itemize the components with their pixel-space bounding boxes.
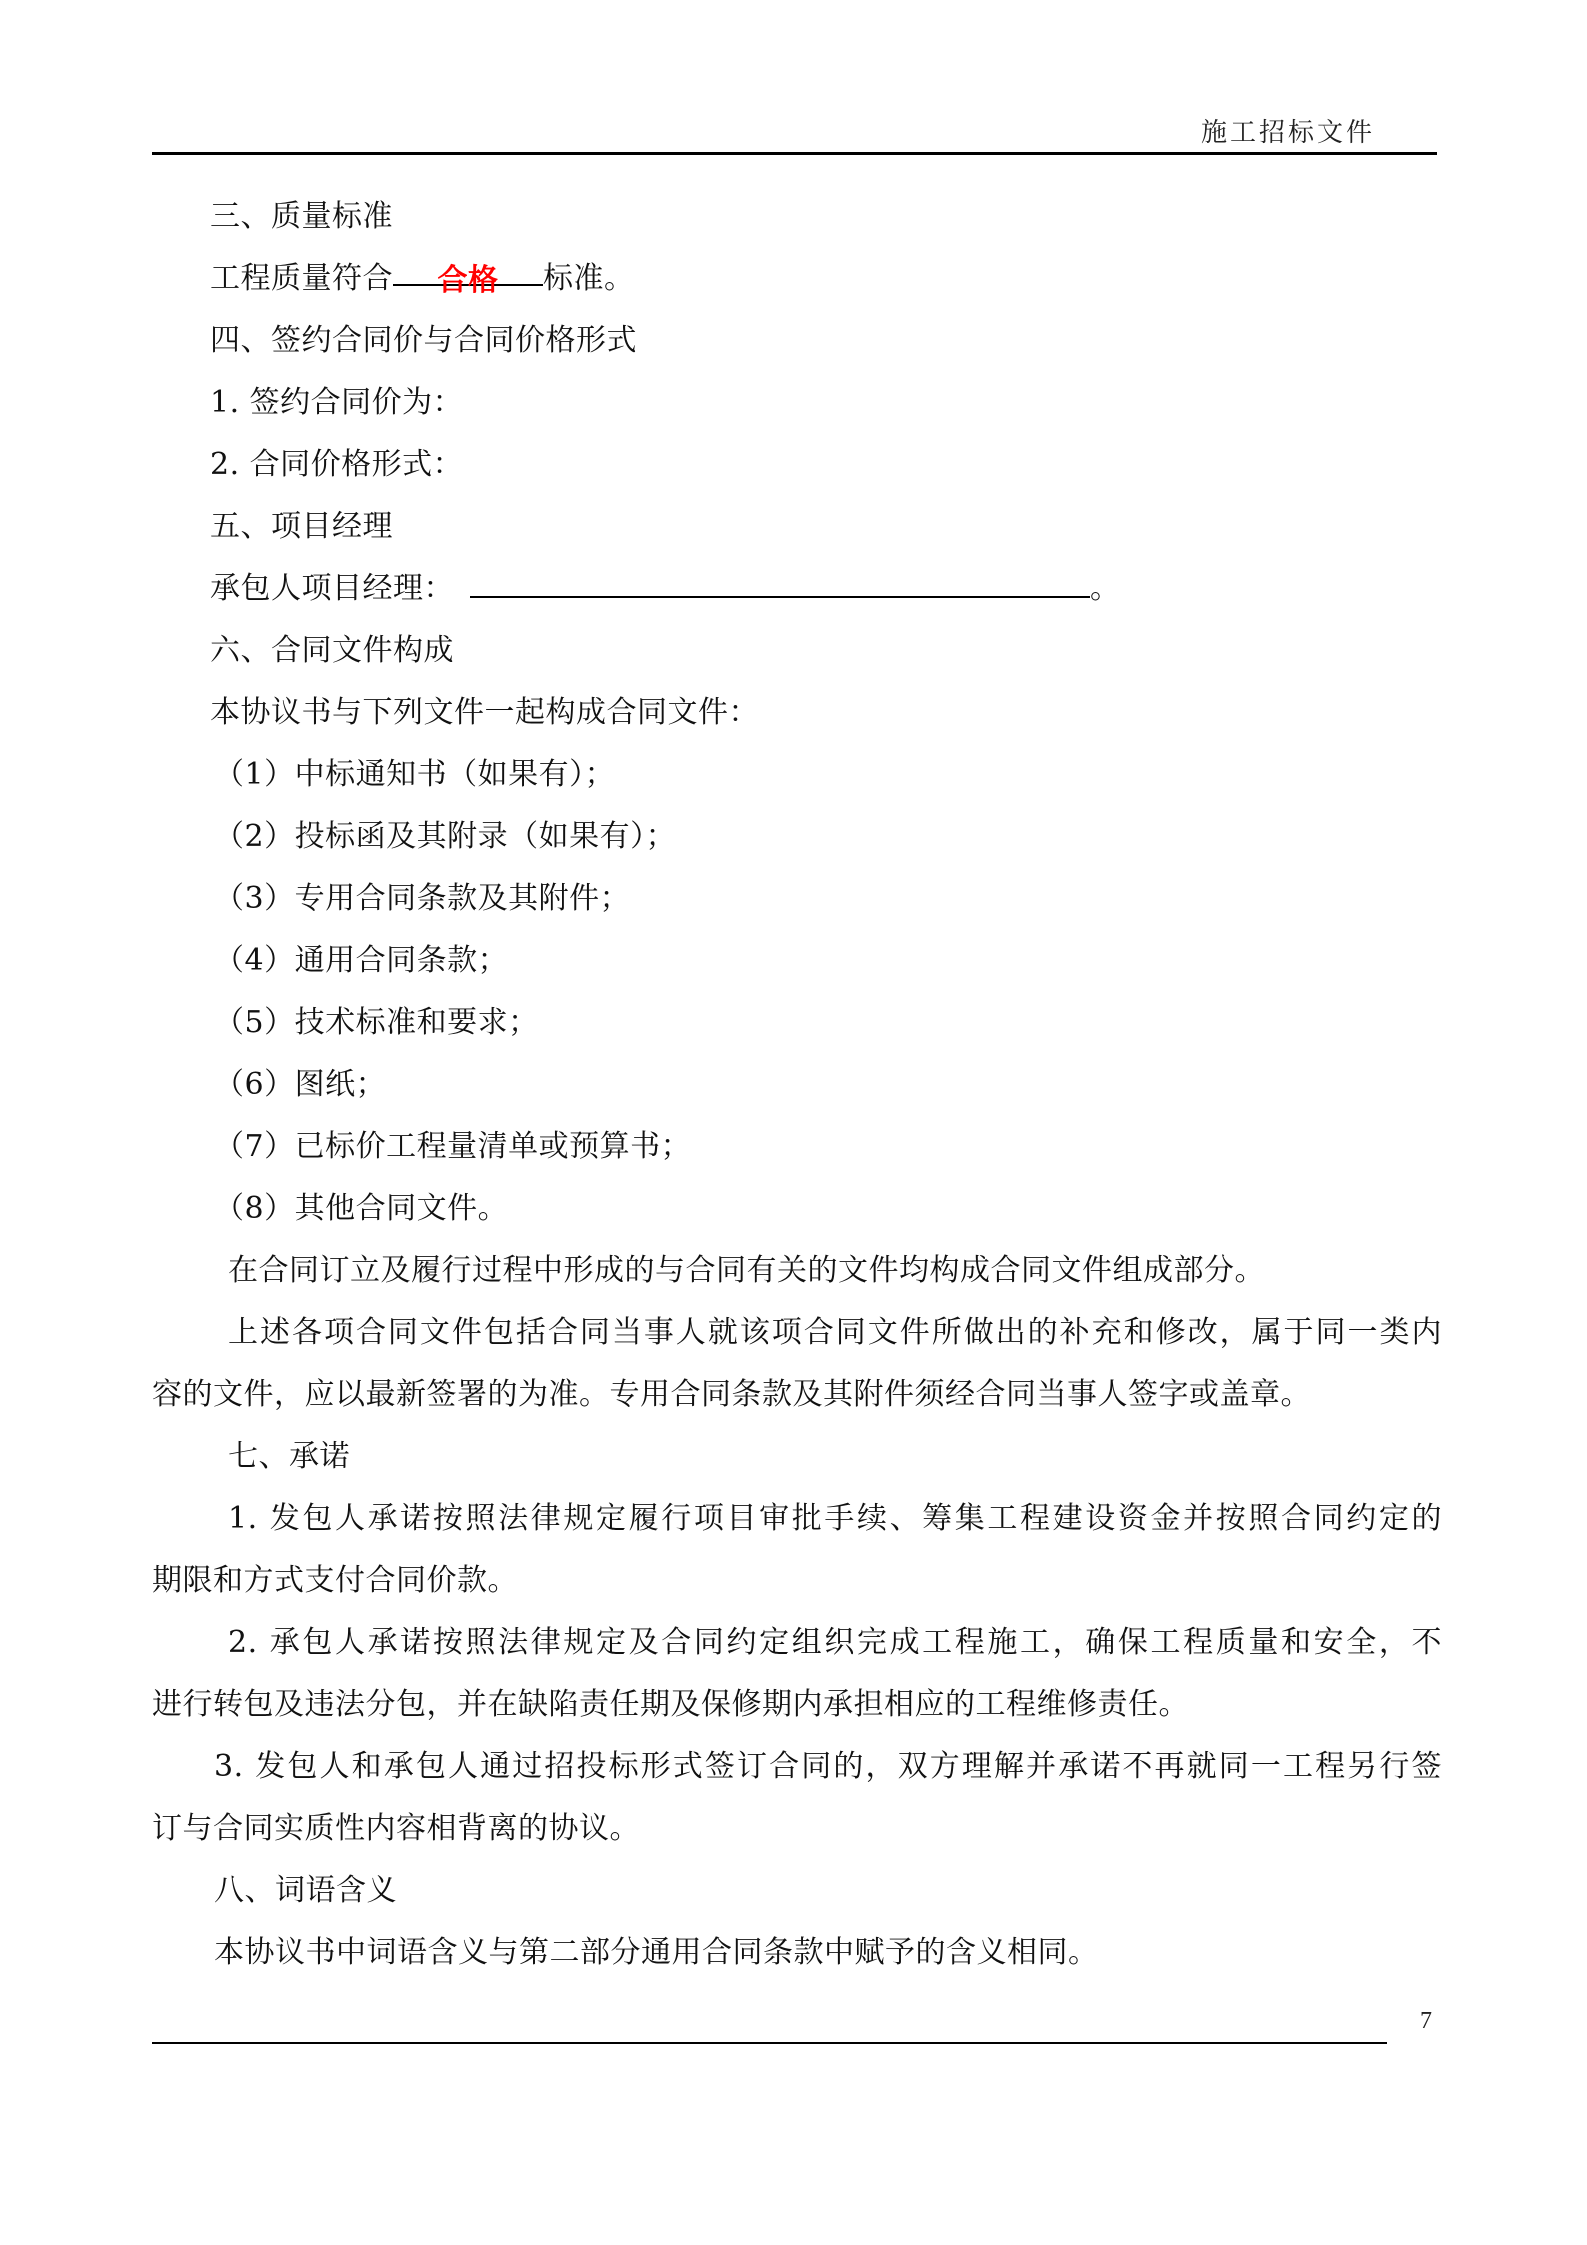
commitment-2-line-1: 2. 承包人承诺按照法律规定及合同约定组织完成工程施工，确保工程质量和安全，不 [152,1612,1442,1674]
quality-standard-line: 工程质量符合合格标准。 [152,248,1442,310]
commitment-1-line-2: 期限和方式支付合同价款。 [152,1550,1442,1612]
commitment-3-line-1: 3. 发包人和承包人通过招投标形式签订合同的，双方理解并承诺不再就同一工程另行签 [152,1736,1442,1798]
quality-text-before: 工程质量符合 [210,261,393,296]
project-manager-field[interactable] [470,566,1090,598]
contract-doc-item: （2）投标函及其附录（如果有）； [152,806,1442,868]
contract-doc-item: （4）通用合同条款； [152,930,1442,992]
contract-price-item: 1. 签约合同价为： [152,372,1442,434]
section-7-heading: 七、承诺 [152,1426,1442,1488]
footer-rule [152,2042,1387,2044]
price-form-item: 2. 合同价格形式： [152,434,1442,496]
contract-docs-paragraph-1: 在合同订立及履行过程中形成的与合同有关的文件均构成合同文件组成部分。 [152,1240,1442,1302]
section-3-heading: 三、质量标准 [152,186,1442,248]
contract-docs-paragraph-2-line-2: 容的文件，应以最新签署的为准。专用合同条款及其附件须经合同当事人签字或盖章。 [152,1364,1442,1426]
contract-doc-item: （1）中标通知书（如果有）； [152,744,1442,806]
quality-value-field[interactable]: 合格 [393,248,543,286]
section-6-heading: 六、合同文件构成 [152,620,1442,682]
section-4-heading: 四、签约合同价与合同价格形式 [152,310,1442,372]
section-8-heading: 八、词语含义 [152,1860,1442,1922]
commitment-2-line-2: 进行转包及违法分包，并在缺陷责任期及保修期内承担相应的工程维修责任。 [152,1674,1442,1736]
contract-docs-paragraph-2-line-1: 上述各项合同文件包括合同当事人就该项合同文件所做出的补充和修改，属于同一类内 [152,1302,1442,1364]
contract-docs-intro: 本协议书与下列文件一起构成合同文件： [152,682,1442,744]
contract-doc-item: （8）其他合同文件。 [152,1178,1442,1240]
terms-definition-text: 本协议书中词语含义与第二部分通用合同条款中赋予的含义相同。 [152,1922,1442,1984]
page-number: 7 [1420,2008,1432,2035]
contract-doc-item: （7）已标价工程量清单或预算书； [152,1116,1442,1178]
section-5-heading: 五、项目经理 [152,496,1442,558]
project-manager-line: 承包人项目经理：。 [152,558,1442,620]
contract-doc-item: （5）技术标准和要求； [152,992,1442,1054]
quality-value: 合格 [438,263,499,298]
header-rule [152,152,1437,155]
contract-doc-item: （6）图纸； [152,1054,1442,1116]
project-manager-label: 承包人项目经理： [210,571,454,606]
document-body: 三、质量标准 工程质量符合合格标准。 四、签约合同价与合同价格形式 1. 签约合… [152,186,1442,1984]
project-manager-end: 。 [1090,571,1121,606]
header-title: 施工招标文件 [1201,112,1375,149]
contract-doc-item: （3）专用合同条款及其附件； [152,868,1442,930]
commitment-1-line-1: 1. 发包人承诺按照法律规定履行项目审批手续、筹集工程建设资金并按照合同约定的 [152,1488,1442,1550]
quality-text-after: 标准。 [543,261,635,296]
commitment-3-line-2: 订与合同实质性内容相背离的协议。 [152,1798,1442,1860]
